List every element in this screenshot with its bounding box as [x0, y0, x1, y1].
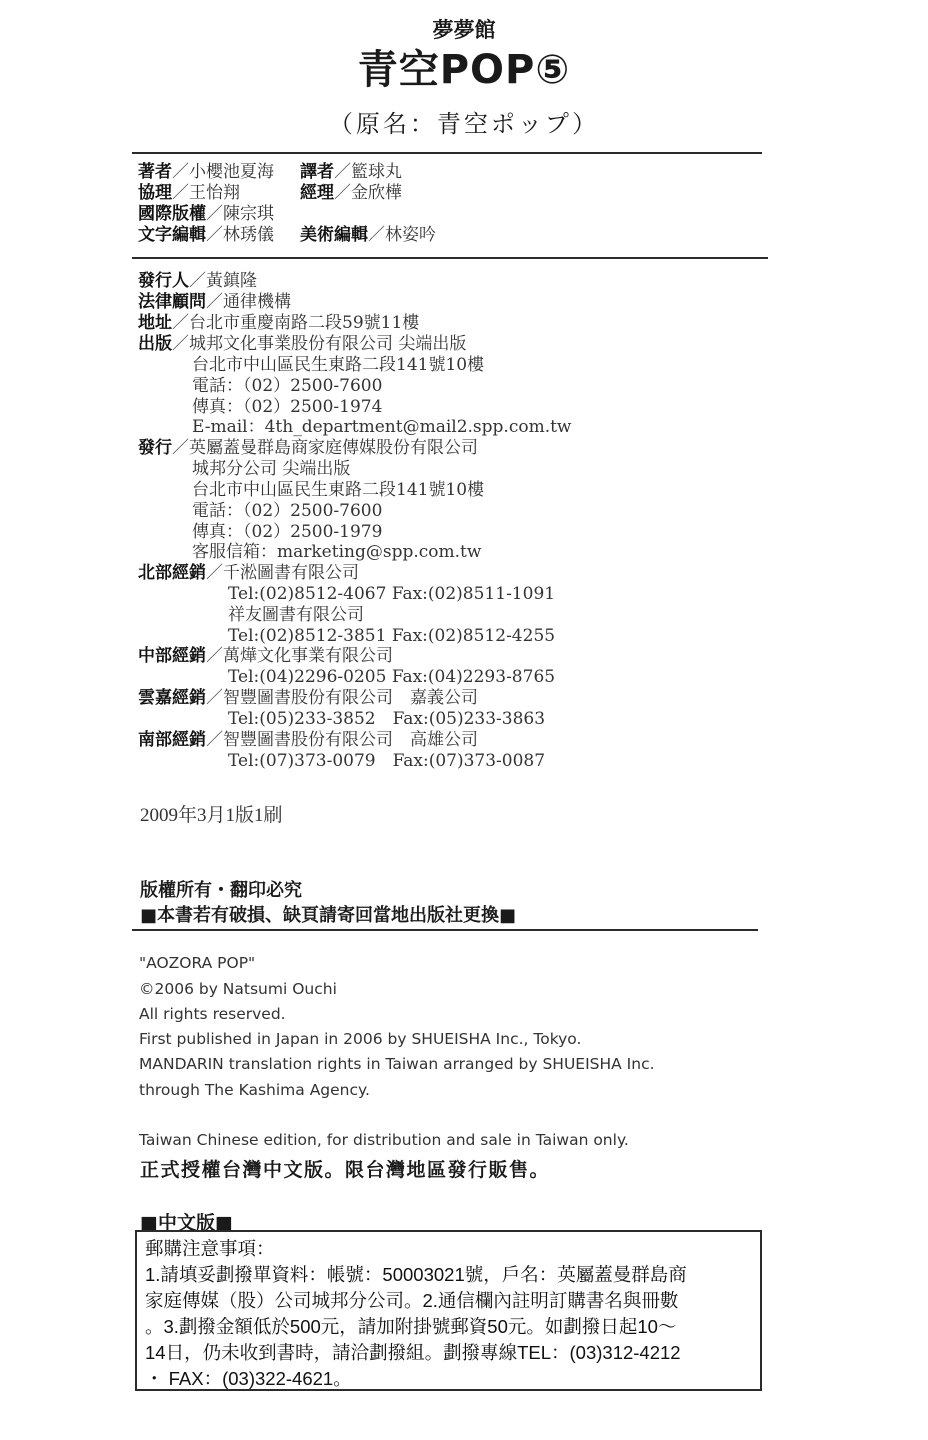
distributor-value: 萬燁文化事業有限公司 — [223, 646, 393, 666]
staff-value: 林姿吟 — [385, 225, 436, 245]
mail-order-box: 郵購注意事項： 1.請填妥劃撥單資料：帳號：50003021號，戶名：英屬蓋曼群… — [135, 1230, 762, 1391]
separator: ／ — [334, 183, 351, 203]
separator: ／ — [189, 271, 206, 291]
mail-order-line: 14日，仍未收到書時，請洽劃撥組。劃撥專線TEL：(03)312-4212 — [145, 1340, 681, 1366]
copyright-notice: 版權所有・翻印必究 — [140, 876, 302, 902]
separator: ／ — [206, 292, 223, 312]
legal-line: 法律顧問／通律機構 — [138, 292, 291, 313]
distributor-contact: Tel:(02)8512-3851 Fax:(02)8512-4255 — [228, 626, 555, 647]
distribution-line: 發行／英屬蓋曼群島商家庭傳媒股份有限公司 — [138, 438, 478, 459]
distribution-email: 客服信箱：marketing@spp.com.tw — [192, 542, 481, 563]
issuer-value: 黃鎮隆 — [206, 271, 257, 291]
distributor-contact: Tel:(05)233-3852 Fax:(05)233-3863 — [228, 709, 545, 730]
credit-translation-rights: MANDARIN translation rights in Taiwan ar… — [139, 1055, 655, 1073]
address-value: 台北市重慶南路二段59號11樓 — [189, 313, 419, 333]
credit-agency: through The Kashima Agency. — [139, 1081, 370, 1099]
mail-order-line: 家庭傳媒（股）公司城邦分公司。2.通信欄內註明訂購書名與冊數 — [145, 1288, 678, 1314]
publishing-fax: 傳真：（02）2500-1974 — [192, 397, 382, 418]
territory-english: Taiwan Chinese edition, for distribution… — [139, 1131, 629, 1149]
staff-label: 文字編輯 — [138, 225, 206, 245]
separator: ／ — [172, 162, 189, 182]
legal-value: 通律機構 — [223, 292, 291, 312]
damage-notice: ■本書若有破損、缺頁請寄回當地出版社更換■ — [140, 901, 516, 927]
publisher-label: 夢夢館 — [0, 14, 928, 44]
distributor-label: 中部經銷 — [138, 646, 206, 666]
staff-label: 著者 — [138, 162, 172, 182]
publishing-phone: 電話：（02）2500-7600 — [192, 376, 382, 397]
divider-staff — [132, 257, 768, 259]
edition-info: 2009年3月1版1刷 — [140, 800, 283, 827]
original-title: （原名：青空ポップ） — [0, 104, 928, 139]
separator: ／ — [206, 563, 223, 583]
book-title: 青空POP⑤ — [0, 44, 928, 96]
separator: ／ — [172, 313, 189, 333]
address-line: 地址／台北市重慶南路二段59號11樓 — [138, 313, 419, 334]
territory-chinese: 正式授權台灣中文版。限台灣地區發行販售。 — [140, 1155, 550, 1182]
distributor-contact: Tel:(07)373-0079 Fax:(07)373-0087 — [228, 751, 545, 772]
divider-top — [132, 152, 762, 154]
staff-label: 國際版權 — [138, 204, 206, 224]
distribution-branch: 城邦分公司 尖端出版 — [192, 459, 350, 480]
staff-label: 譯者 — [300, 162, 334, 182]
publishing-value: 城邦文化事業股份有限公司 尖端出版 — [189, 334, 466, 354]
distributor-contact: Tel:(02)8512-4067 Fax:(02)8511-1091 — [228, 584, 555, 605]
credit-first-published: First published in Japan in 2006 by SHUE… — [139, 1030, 581, 1048]
separator: ／ — [206, 730, 223, 750]
separator: ／ — [172, 334, 189, 354]
distribution-address: 台北市中山區民生東路二段141號10樓 — [192, 480, 484, 501]
separator: ／ — [368, 225, 385, 245]
publishing-line: 出版／城邦文化事業股份有限公司 尖端出版 — [138, 334, 466, 355]
credit-rights: All rights reserved. — [139, 1005, 286, 1023]
distributor-yunjia: 雲嘉經銷／智豐圖書股份有限公司 嘉義公司 — [138, 688, 478, 709]
staff-row: 譯者／籃球丸 — [300, 162, 402, 183]
distribution-label: 發行 — [138, 438, 172, 458]
mail-order-title: 郵購注意事項： — [145, 1236, 275, 1262]
distribution-fax: 傳真：（02）2500-1979 — [192, 522, 382, 543]
distributor-contact: Tel:(04)2296-0205 Fax:(04)2293-8765 — [228, 667, 555, 688]
staff-label: 經理 — [300, 183, 334, 203]
distributor-north: 北部經銷／千淞圖書有限公司 — [138, 563, 359, 584]
staff-value: 籃球丸 — [351, 162, 402, 182]
separator: ／ — [206, 688, 223, 708]
publishing-address: 台北市中山區民生東路二段141號10樓 — [192, 355, 484, 376]
distributor-label: 雲嘉經銷 — [138, 688, 206, 708]
staff-value: 陳宗琪 — [223, 204, 274, 224]
staff-row: 國際版權／陳宗琪 — [138, 204, 274, 225]
mail-order-line: 。3.劃撥金額低於500元，請加附掛號郵資50元。如劃撥日起10～ — [145, 1314, 676, 1340]
staff-row: 協理／王怡翔 — [138, 183, 240, 204]
separator: ／ — [206, 225, 223, 245]
publishing-email: E-mail：4th_department@mail2.spp.com.tw — [192, 417, 571, 438]
distributor-central: 中部經銷／萬燁文化事業有限公司 — [138, 646, 393, 667]
separator: ／ — [206, 646, 223, 666]
staff-value: 小櫻池夏海 — [189, 162, 274, 182]
staff-row: 經理／金欣樺 — [300, 183, 402, 204]
address-label: 地址 — [138, 313, 172, 333]
divider-notices — [132, 929, 758, 931]
separator: ／ — [172, 183, 189, 203]
distribution-value: 英屬蓋曼群島商家庭傳媒股份有限公司 — [189, 438, 478, 458]
publishing-label: 出版 — [138, 334, 172, 354]
mail-order-line: ・ FAX：(03)322-4621。 — [145, 1366, 352, 1392]
staff-value: 林琇儀 — [223, 225, 274, 245]
staff-row: 美術編輯／林姿吟 — [300, 225, 436, 246]
distributor-south: 南部經銷／智豐圖書股份有限公司 高雄公司 — [138, 730, 478, 751]
distributor-value: 智豐圖書股份有限公司 高雄公司 — [223, 730, 478, 750]
distributor-value: 智豐圖書股份有限公司 嘉義公司 — [223, 688, 478, 708]
distributor-label: 北部經銷 — [138, 563, 206, 583]
credit-title: "AOZORA POP" — [139, 954, 255, 972]
staff-label: 協理 — [138, 183, 172, 203]
staff-label: 美術編輯 — [300, 225, 368, 245]
distributor-name: 祥友圖書有限公司 — [228, 605, 364, 626]
issuer-label: 發行人 — [138, 271, 189, 291]
distributor-label: 南部經銷 — [138, 730, 206, 750]
distributor-value: 千淞圖書有限公司 — [223, 563, 359, 583]
staff-value: 金欣樺 — [351, 183, 402, 203]
issuer-line: 發行人／黃鎮隆 — [138, 271, 257, 292]
credit-copyright: ©2006 by Natsumi Ouchi — [139, 980, 337, 998]
mail-order-line: 1.請填妥劃撥單資料：帳號：50003021號，戶名：英屬蓋曼群島商 — [145, 1262, 687, 1288]
staff-row: 著者／小櫻池夏海 — [138, 162, 274, 183]
legal-label: 法律顧問 — [138, 292, 206, 312]
separator: ／ — [334, 162, 351, 182]
separator: ／ — [206, 204, 223, 224]
separator: ／ — [172, 438, 189, 458]
staff-row: 文字編輯／林琇儀 — [138, 225, 274, 246]
distribution-phone: 電話：（02）2500-7600 — [192, 501, 382, 522]
staff-value: 王怡翔 — [189, 183, 240, 203]
